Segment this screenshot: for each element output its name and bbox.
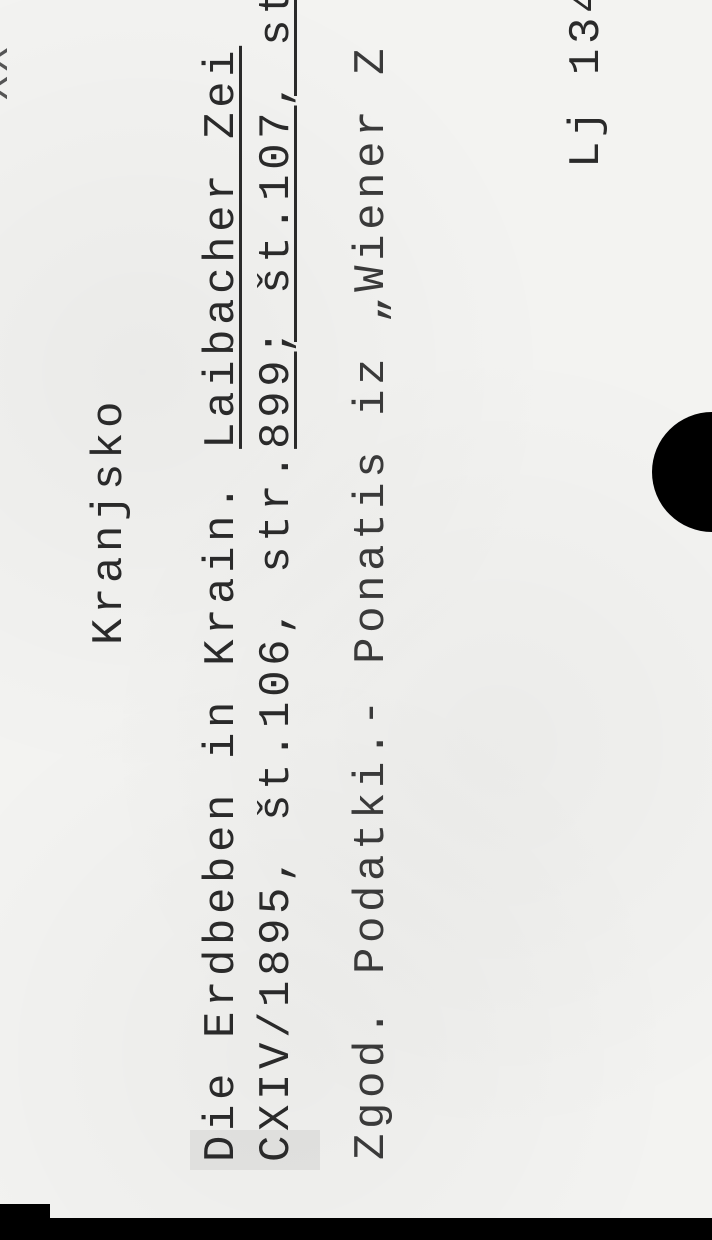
- entry-line-1: Die Erdbeben in Krain. Laibacher Zei: [200, 46, 244, 1162]
- volume-issue-text: CXIV/1895, št.106, str.: [252, 449, 302, 1162]
- pages-underlined: 899; št.107, str: [252, 0, 302, 449]
- shelfmark: Lj 134: [565, 0, 609, 168]
- card-title: Kranjsko: [88, 397, 132, 645]
- entry-line-3: Zgod. Podatki.- Ponatis iz „Wiener Z: [350, 44, 394, 1160]
- card-content-rotated: XX Kranjsko Die Erdbeben in Krain. Laiba…: [0, 0, 712, 1240]
- scanned-card: XX Kranjsko Die Erdbeben in Krain. Laiba…: [0, 0, 712, 1240]
- corner-mark: XX: [0, 43, 18, 100]
- entry-line-2: CXIV/1895, št.106, str.899; št.107, str: [255, 0, 299, 1162]
- entry-title-text: Die Erdbeben in Krain.: [197, 449, 247, 1162]
- journal-name-underlined: Laibacher Zei: [197, 46, 247, 449]
- scan-edge-shadow: [0, 1218, 712, 1240]
